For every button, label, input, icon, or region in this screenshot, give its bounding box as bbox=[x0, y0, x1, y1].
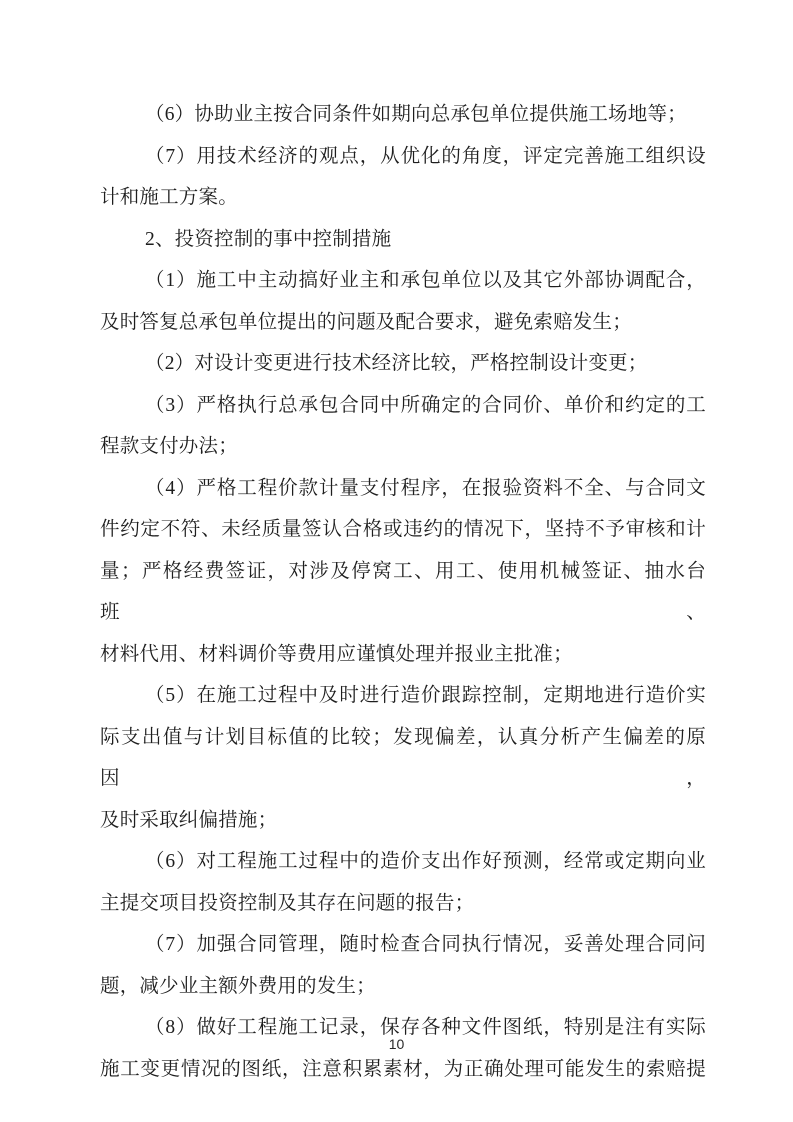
paragraph-line: （2）对设计变更进行技术经济比较，严格控制设计变更； bbox=[100, 343, 706, 385]
paragraph-line: 际支出值与计划目标值的比较；发现偏差，认真分析产生偏差的原因， bbox=[100, 717, 706, 800]
paragraph-line: 程款支付办法； bbox=[100, 426, 706, 468]
paragraph-line: 题，减少业主额外费用的发生； bbox=[100, 966, 706, 1008]
section-heading: 2、投资控制的事中控制措施 bbox=[100, 219, 706, 261]
paragraph-line: （4）严格工程价款计量支付程序，在报验资料不全、与合同文 bbox=[100, 468, 706, 510]
paragraph-line: （6）对工程施工过程中的造价支出作好预测，经常或定期向业 bbox=[100, 841, 706, 883]
paragraph-line: 及时采取纠偏措施； bbox=[100, 800, 706, 842]
paragraph-line: 材料代用、材料调价等费用应谨慎处理并报业主批准； bbox=[100, 634, 706, 676]
document-body: （6）协助业主按合同条件如期向总承包单位提供施工场地等； （7）用技术经济的观点… bbox=[100, 94, 706, 1090]
paragraph-line: 计和施工方案。 bbox=[100, 177, 706, 219]
page-number: 10 bbox=[0, 1036, 793, 1052]
paragraph-line: （5）在施工过程中及时进行造价跟踪控制，定期地进行造价实 bbox=[100, 675, 706, 717]
paragraph-line: 量；严格经费签证，对涉及停窝工、用工、使用机械签证、抽水台班、 bbox=[100, 551, 706, 634]
document-page: （6）协助业主按合同条件如期向总承包单位提供施工场地等； （7）用技术经济的观点… bbox=[0, 0, 793, 1122]
paragraph-line: （7）加强合同管理，随时检查合同执行情况，妥善处理合同问 bbox=[100, 924, 706, 966]
paragraph-line: （1）施工中主动搞好业主和承包单位以及其它外部协调配合， bbox=[100, 260, 706, 302]
paragraph-line: （7）用技术经济的观点，从优化的角度，评定完善施工组织设 bbox=[100, 136, 706, 178]
paragraph-line: 及时答复总承包单位提出的问题及配合要求，避免索赔发生； bbox=[100, 302, 706, 344]
paragraph-line: 件约定不符、未经质量签认合格或违约的情况下，坚持不予审核和计 bbox=[100, 509, 706, 551]
paragraph-line: （3）严格执行总承包合同中所确定的合同价、单价和约定的工 bbox=[100, 385, 706, 427]
paragraph-line: 施工变更情况的图纸，注意积累素材，为正确处理可能发生的索赔提 bbox=[100, 1049, 706, 1091]
paragraph-line: （6）协助业主按合同条件如期向总承包单位提供施工场地等； bbox=[100, 94, 706, 136]
paragraph-line: 主提交项目投资控制及其存在问题的报告； bbox=[100, 883, 706, 925]
